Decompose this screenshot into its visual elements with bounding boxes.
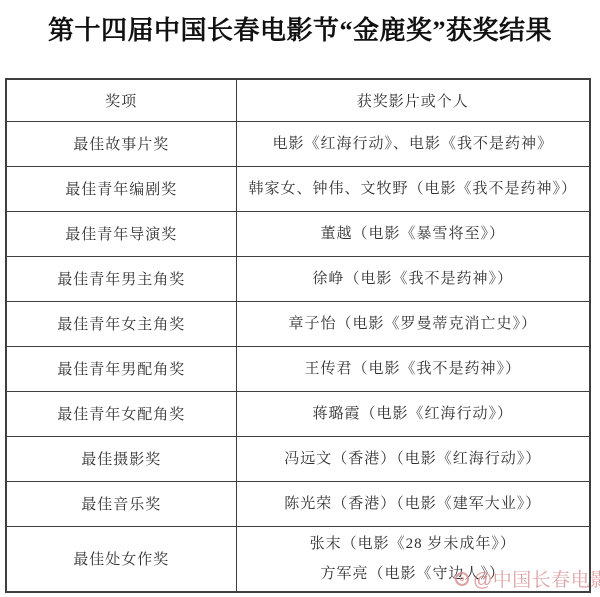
table-row: 最佳青年女主角奖 章子怡（电影《罗曼蒂克消亡史》） xyxy=(6,301,590,346)
winner-cell: 张末（电影《28 岁未成年》） 方军亮（电影《守边人》） xyxy=(236,526,590,592)
table-row: 最佳故事片奖 电影《红海行动》、电影《我不是药神》 xyxy=(6,121,590,166)
award-cell: 最佳青年女主角奖 xyxy=(6,301,236,346)
award-cell: 最佳音乐奖 xyxy=(6,481,236,526)
winner-line: 徐峥（电影《我不是药神》） xyxy=(241,264,586,294)
award-cell: 最佳青年编剧奖 xyxy=(6,166,236,211)
winner-cell: 电影《红海行动》、电影《我不是药神》 xyxy=(236,121,590,166)
table-row: 最佳青年女配角奖 蒋璐霞（电影《红海行动》） xyxy=(6,391,590,436)
header-cell-winner: 获奖影片或个人 xyxy=(236,79,590,121)
winner-cell: 章子怡（电影《罗曼蒂克消亡史》） xyxy=(236,301,590,346)
winner-line: 王传君（电影《我不是药神》） xyxy=(241,354,586,384)
winner-cell: 王传君（电影《我不是药神》） xyxy=(236,346,590,391)
winner-line: 蒋璐霞（电影《红海行动》） xyxy=(241,399,586,429)
page-title: 第十四届中国长春电影节“金鹿奖”获奖结果 xyxy=(0,10,600,47)
award-cell: 最佳青年男主角奖 xyxy=(6,256,236,301)
award-cell: 最佳青年导演奖 xyxy=(6,211,236,256)
winner-line: 章子怡（电影《罗曼蒂克消亡史》） xyxy=(241,309,586,339)
table-row: 最佳青年编剧奖 韩家女、钟伟、文牧野（电影《我不是药神》） xyxy=(6,166,590,211)
winner-cell: 韩家女、钟伟、文牧野（电影《我不是药神》） xyxy=(236,166,590,211)
table-header-row: 奖项 获奖影片或个人 xyxy=(6,79,590,121)
winner-line: 方军亮（电影《守边人》） xyxy=(241,559,586,589)
winner-cell: 冯远文（香港）（电影《红海行动》） xyxy=(236,436,590,481)
header-cell-award: 奖项 xyxy=(6,79,236,121)
winner-line: 韩家女、钟伟、文牧野（电影《我不是药神》） xyxy=(241,174,586,204)
table-row: 最佳青年导演奖 董越（电影《暴雪将至》） xyxy=(6,211,590,256)
award-cell: 最佳处女作奖 xyxy=(6,526,236,592)
awards-table: 奖项 获奖影片或个人 最佳故事片奖 电影《红海行动》、电影《我不是药神》 最佳青… xyxy=(5,78,591,593)
award-cell: 最佳摄影奖 xyxy=(6,436,236,481)
winner-cell: 蒋璐霞（电影《红海行动》） xyxy=(236,391,590,436)
winner-line: 董越（电影《暴雪将至》） xyxy=(241,219,586,249)
winner-line: 冯远文（香港）（电影《红海行动》） xyxy=(241,444,586,474)
table-row: 最佳青年男主角奖 徐峥（电影《我不是药神》） xyxy=(6,256,590,301)
winner-cell: 陈光荣（香港）（电影《建军大业》） xyxy=(236,481,590,526)
winner-line: 陈光荣（香港）（电影《建军大业》） xyxy=(241,489,586,519)
table-row: 最佳摄影奖 冯远文（香港）（电影《红海行动》） xyxy=(6,436,590,481)
table-row: 最佳音乐奖 陈光荣（香港）（电影《建军大业》） xyxy=(6,481,590,526)
winner-cell: 徐峥（电影《我不是药神》） xyxy=(236,256,590,301)
award-cell: 最佳故事片奖 xyxy=(6,121,236,166)
winner-line: 电影《红海行动》、电影《我不是药神》 xyxy=(241,129,586,159)
winner-cell: 董越（电影《暴雪将至》） xyxy=(236,211,590,256)
table-row: 最佳青年男配角奖 王传君（电影《我不是药神》） xyxy=(6,346,590,391)
winner-line: 张末（电影《28 岁未成年》） xyxy=(241,529,586,559)
award-cell: 最佳青年男配角奖 xyxy=(6,346,236,391)
table-row: 最佳处女作奖 张末（电影《28 岁未成年》） 方军亮（电影《守边人》） xyxy=(6,526,590,592)
award-cell: 最佳青年女配角奖 xyxy=(6,391,236,436)
